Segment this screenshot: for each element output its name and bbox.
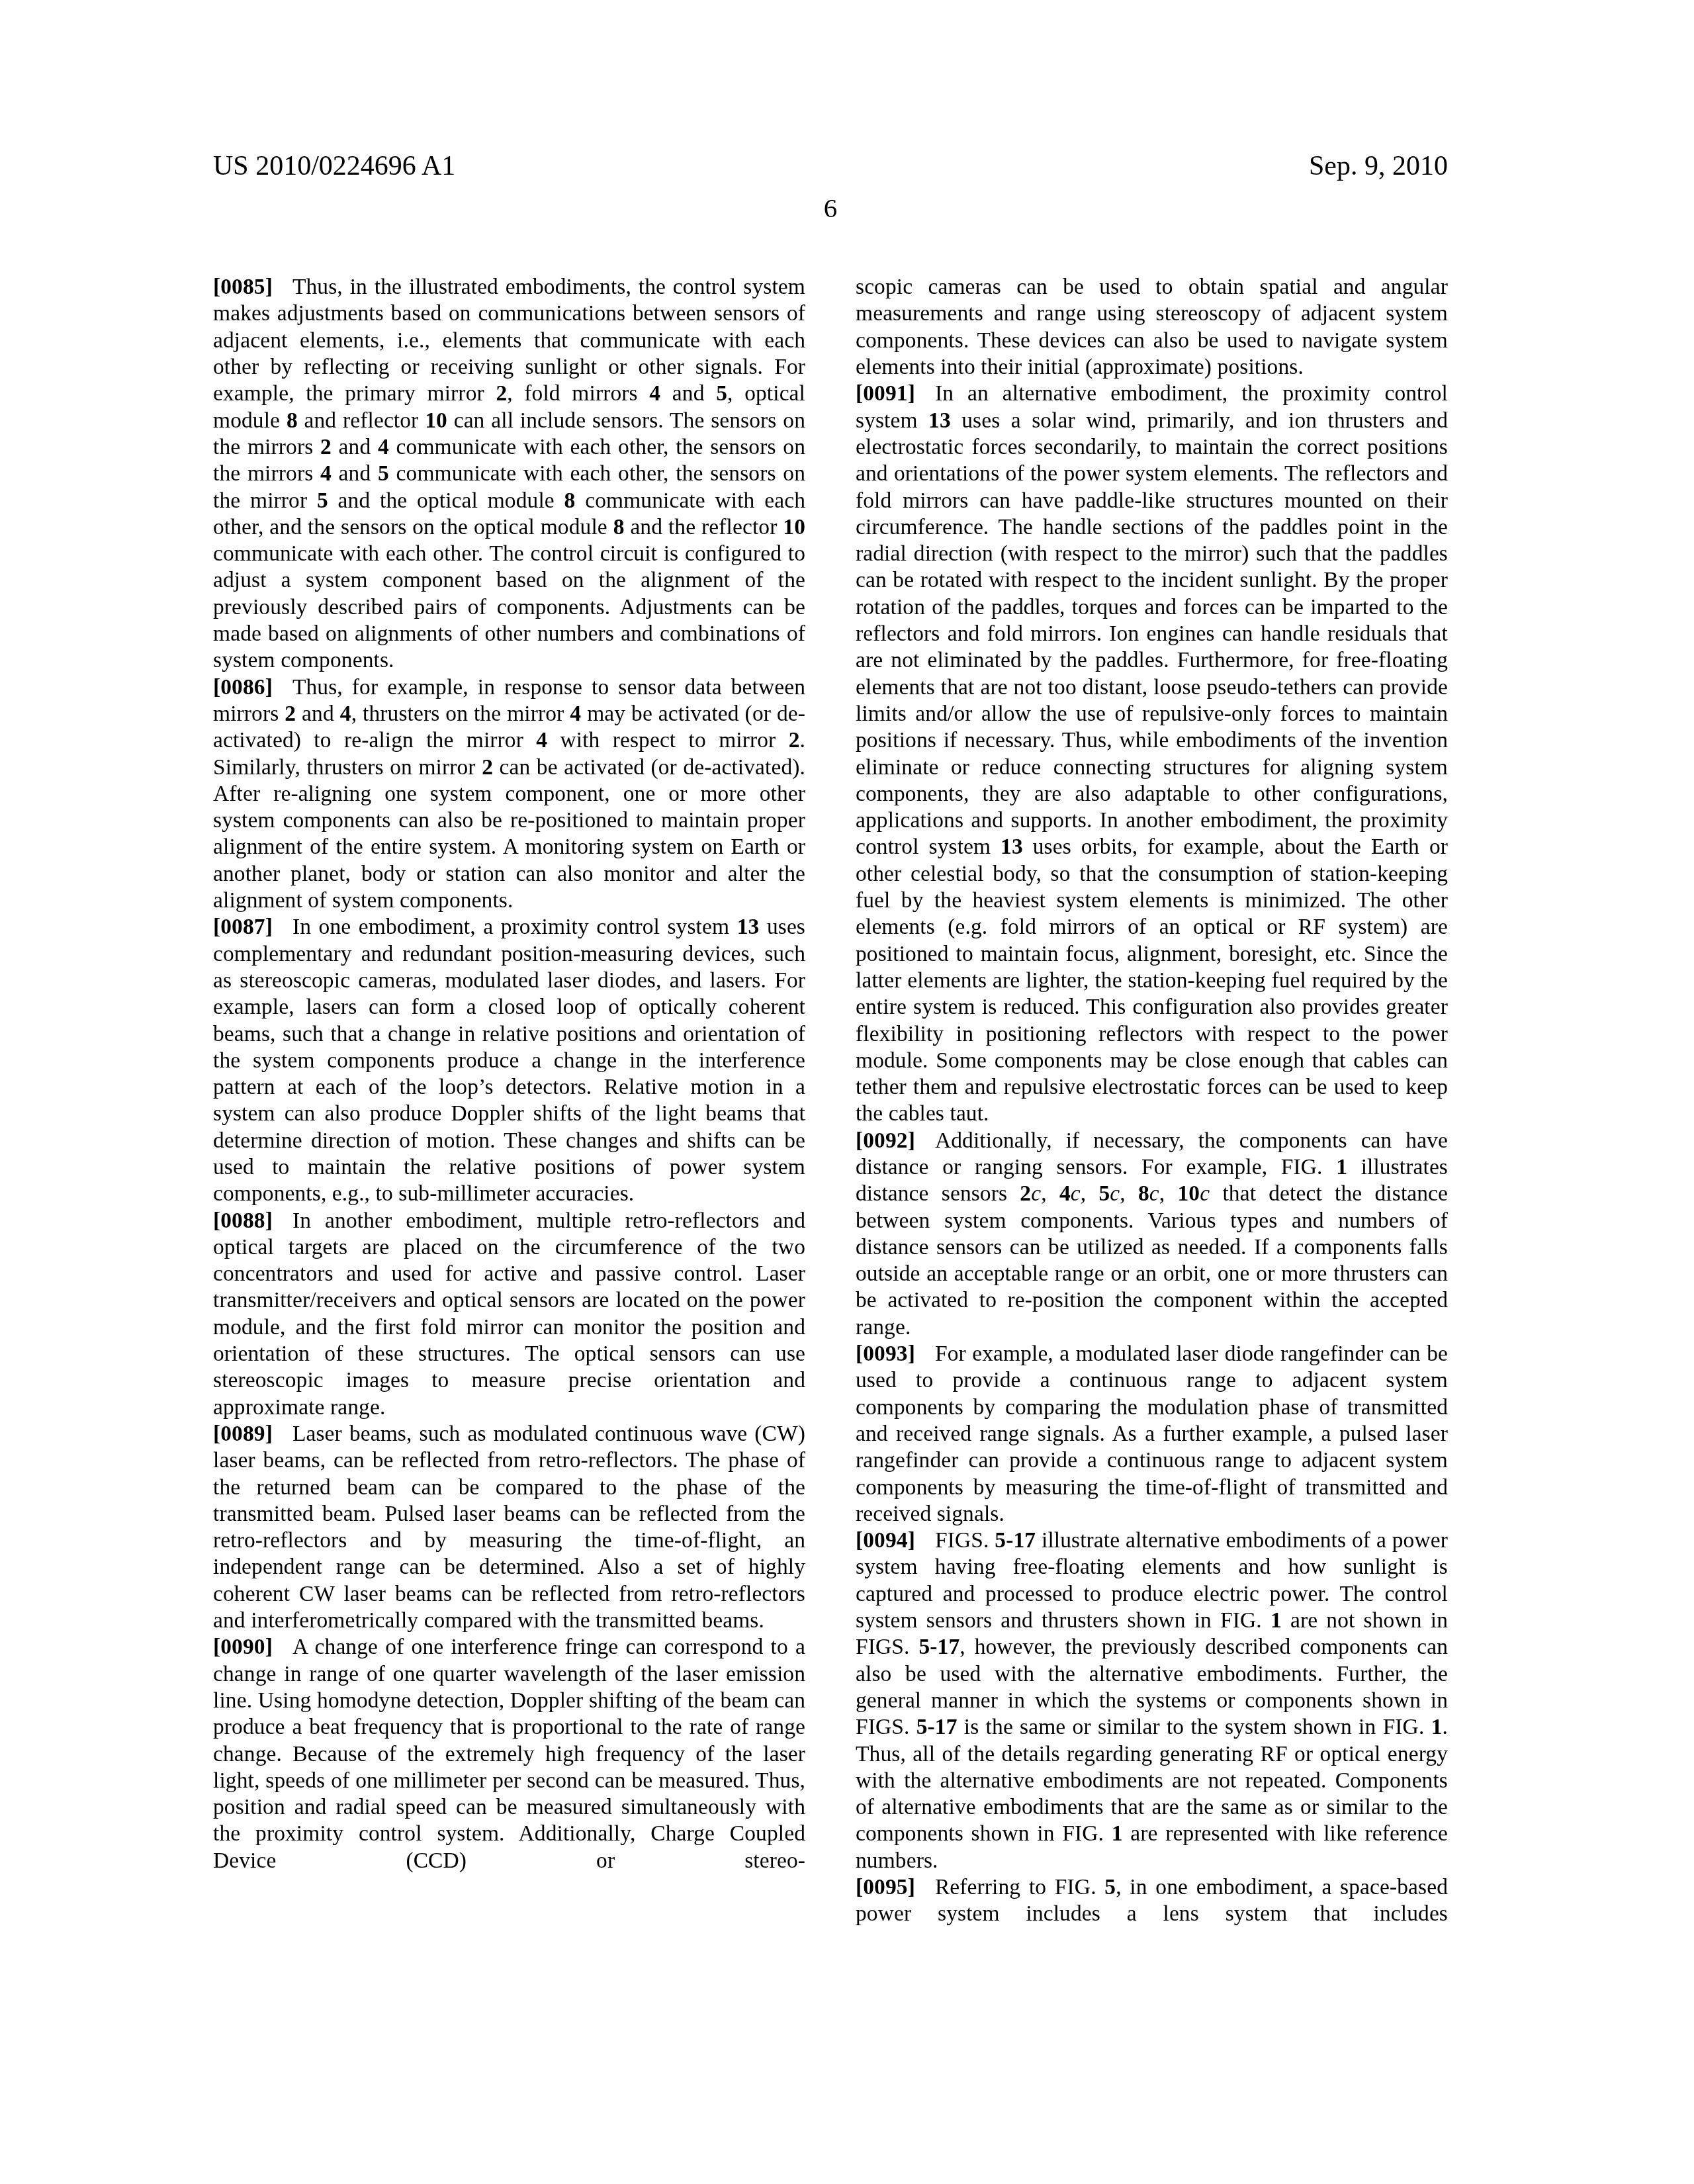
paragraph-0092: [0092]Additionally, if necessary, the co… — [856, 1128, 1448, 1341]
reference-numeral: c — [1149, 1181, 1159, 1206]
reference-numeral: 2 — [1020, 1181, 1031, 1206]
reference-numeral: 10 — [425, 408, 447, 433]
reference-numeral: 10 — [1178, 1181, 1200, 1206]
paragraph-number: [0090] — [213, 1635, 273, 1659]
reference-numeral: 4 — [649, 381, 660, 406]
reference-numeral: 13 — [928, 408, 951, 433]
reference-numeral: 2 — [789, 728, 800, 752]
patent-number: US 2010/0224696 A1 — [213, 151, 455, 181]
column-left: [0085]Thus, in the illustrated embodimen… — [213, 274, 805, 1927]
patent-page: US 2010/0224696 A1 Sep. 9, 2010 6 [0085]… — [0, 0, 1694, 2184]
paragraph-number: [0095] — [856, 1875, 915, 1899]
reference-numeral: 5-17 — [918, 1635, 959, 1659]
paragraph-number: [0087] — [213, 915, 273, 939]
column-right: scopic cameras can be used to obtain spa… — [856, 274, 1448, 1927]
reference-numeral: 1 — [1270, 1608, 1282, 1633]
paragraph-number: [0094] — [856, 1528, 915, 1553]
paragraph-0095: [0095]Referring to FIG. 5, in one embodi… — [856, 1874, 1448, 1928]
reference-numeral: 10 — [783, 515, 805, 539]
paragraph-number: [0091] — [856, 381, 915, 406]
reference-numeral: 13 — [1001, 835, 1023, 859]
paragraph-0089: [0089]Laser beams, such as modulated con… — [213, 1421, 805, 1634]
paragraph-number: [0093] — [856, 1342, 915, 1366]
paragraph-number: [0088] — [213, 1208, 273, 1233]
reference-numeral: 5 — [1098, 1181, 1110, 1206]
reference-numeral: 4 — [536, 728, 547, 752]
page-header: US 2010/0224696 A1 Sep. 9, 2010 — [213, 151, 1448, 181]
reference-numeral: 5 — [716, 381, 727, 406]
reference-numeral: 13 — [737, 915, 760, 939]
paragraph-continued: scopic cameras can be used to obtain spa… — [856, 274, 1448, 381]
reference-numeral: 4 — [320, 461, 332, 486]
paragraph-0093: [0093]For example, a modulated laser dio… — [856, 1341, 1448, 1527]
reference-numeral: 2 — [496, 381, 507, 406]
paragraph-0091: [0091]In an alternative embodiment, the … — [856, 381, 1448, 1127]
paragraph-0085: [0085]Thus, in the illustrated embodimen… — [213, 274, 805, 674]
publication-date: Sep. 9, 2010 — [1309, 151, 1448, 181]
reference-numeral: 2 — [285, 702, 296, 726]
reference-numeral: 4 — [570, 702, 581, 726]
reference-numeral: 4 — [340, 702, 351, 726]
paragraph-0087: [0087]In one embodiment, a proximity con… — [213, 914, 805, 1207]
reference-numeral: 5 — [378, 461, 389, 486]
paragraph-0086: [0086]Thus, for example, in response to … — [213, 674, 805, 915]
paragraph-number: [0089] — [213, 1422, 273, 1446]
reference-numeral: 5 — [317, 488, 328, 513]
paragraph-0088: [0088]In another embodiment, multiple re… — [213, 1208, 805, 1421]
reference-numeral: 4 — [378, 435, 389, 459]
reference-numeral: c — [1110, 1181, 1120, 1206]
reference-numeral: 2 — [320, 435, 332, 459]
reference-numeral: 5-17 — [916, 1715, 958, 1739]
reference-numeral: 4 — [1059, 1181, 1071, 1206]
page-number: 6 — [213, 192, 1448, 224]
paragraph-number: [0085] — [213, 275, 273, 299]
reference-numeral: 5 — [1104, 1875, 1116, 1899]
paragraph-0090: [0090]A change of one interference fring… — [213, 1634, 805, 1874]
reference-numeral: c — [1031, 1181, 1041, 1206]
reference-numeral: 8 — [564, 488, 576, 513]
reference-numeral: 8 — [287, 408, 298, 433]
reference-numeral: 5-17 — [995, 1528, 1036, 1553]
text-columns: [0085]Thus, in the illustrated embodimen… — [213, 274, 1448, 1927]
reference-numeral: 8 — [613, 515, 625, 539]
reference-numeral: 2 — [482, 755, 493, 780]
reference-numeral: c — [1200, 1181, 1210, 1206]
reference-numeral: 1 — [1336, 1155, 1347, 1179]
reference-numeral: 1 — [1112, 1821, 1123, 1846]
reference-numeral: c — [1071, 1181, 1081, 1206]
reference-numeral: 1 — [1431, 1715, 1443, 1739]
paragraph-number: [0092] — [856, 1128, 915, 1153]
reference-numeral: 8 — [1138, 1181, 1149, 1206]
paragraph-number: [0086] — [213, 675, 273, 700]
paragraph-0094: [0094]FIGS. 5-17 illustrate alternative … — [856, 1527, 1448, 1874]
